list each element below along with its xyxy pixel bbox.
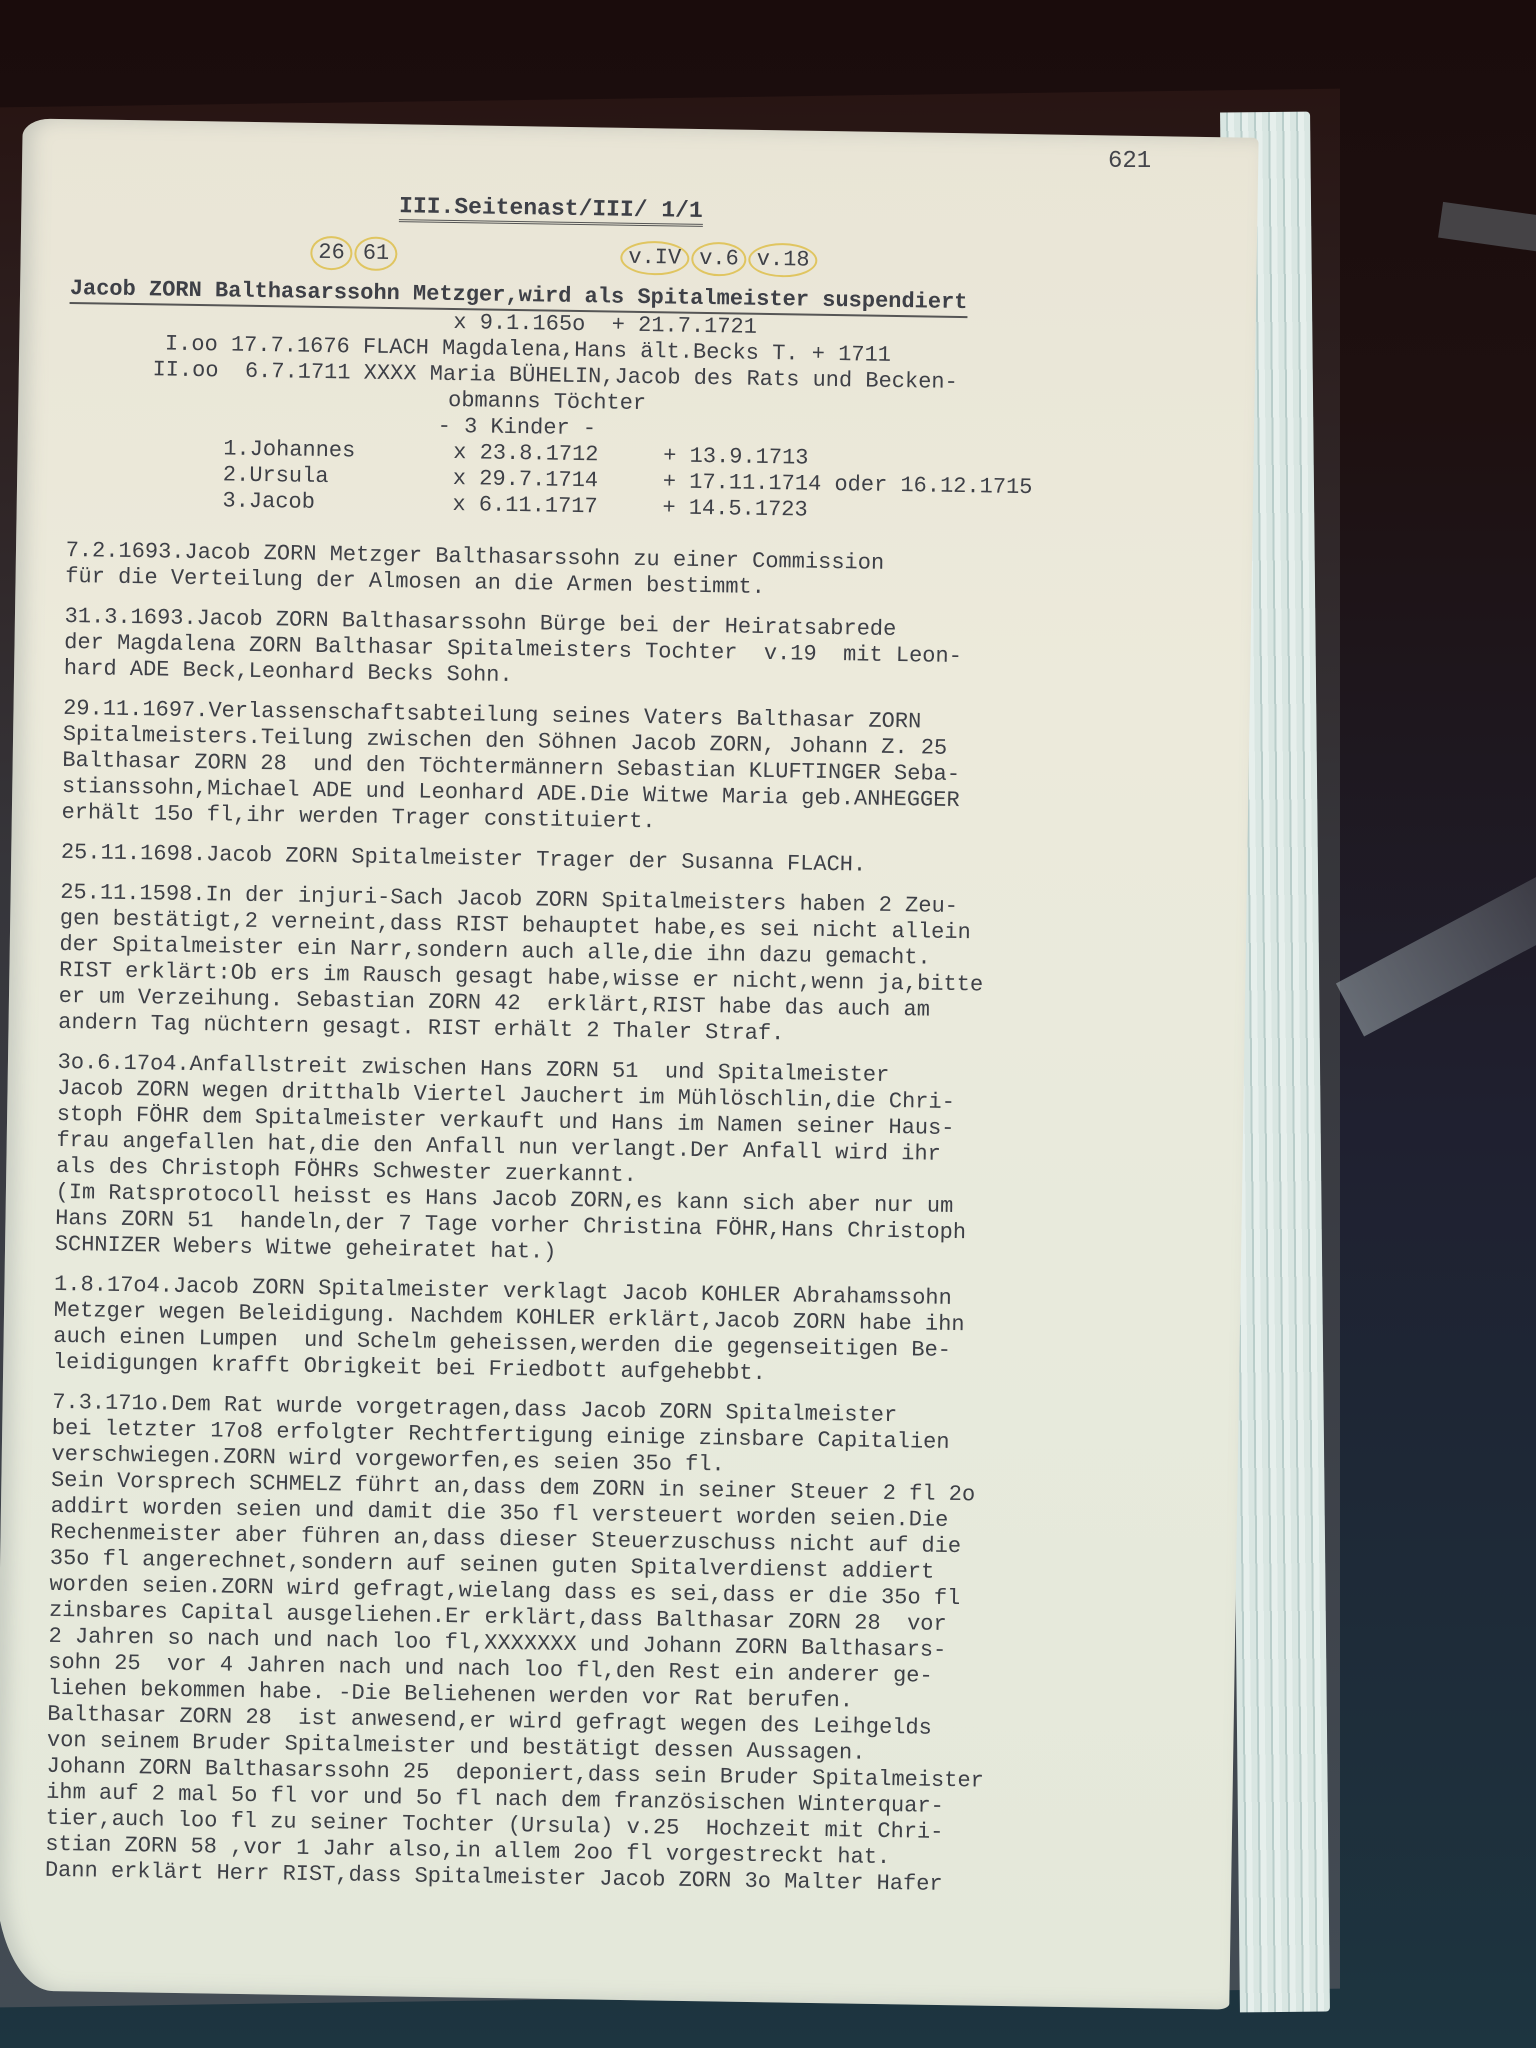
entry-1704-06: 3o.6.17o4.Anfallstreit zwischen Hans ZOR… xyxy=(55,1050,1208,1276)
entry-1704-08: 1.8.17o4.Jacob ZORN Spitalmeister verkla… xyxy=(53,1272,1204,1394)
ref-circle: 26 xyxy=(310,236,353,271)
entry-1598: 25.11.1598.In der injuri-Sach Jacob ZORN… xyxy=(58,880,1210,1054)
entry-1698: 25.11.1698.Jacob ZORN Spitalmeister Trag… xyxy=(61,840,1211,884)
page-content: III.Seitenast/III/ 1/1 2661 v.IVv.6v.18 … xyxy=(45,148,1222,1902)
background-object xyxy=(1438,202,1536,254)
entry-1710: 7.3.171o.Dem Rat wurde vorgetragen,dass … xyxy=(45,1390,1203,1902)
entry-1693-02: 7.2.1693.Jacob ZORN Metzger Balthasarsso… xyxy=(65,538,1216,608)
background-object xyxy=(1336,861,1536,1036)
ref-circle: v.IV xyxy=(620,241,689,276)
ref-circle: 61 xyxy=(355,236,398,271)
entry-1697: 29.11.1697.Verlassenschaftsabteilung sei… xyxy=(61,696,1213,844)
ref-circle: v.18 xyxy=(748,243,817,278)
ref-circle: v.6 xyxy=(691,242,747,277)
reference-marks: 2661 v.IVv.6v.18 xyxy=(70,232,1220,284)
section-header: III.Seitenast/III/ 1/1 xyxy=(71,188,1221,232)
entry-1693-03: 31.3.1693.Jacob ZORN Balthasarssohn Bürg… xyxy=(64,604,1215,700)
children-list: 1.Johannesx 23.8.1712+ 13.9.1713 2.Ursul… xyxy=(222,436,1217,530)
